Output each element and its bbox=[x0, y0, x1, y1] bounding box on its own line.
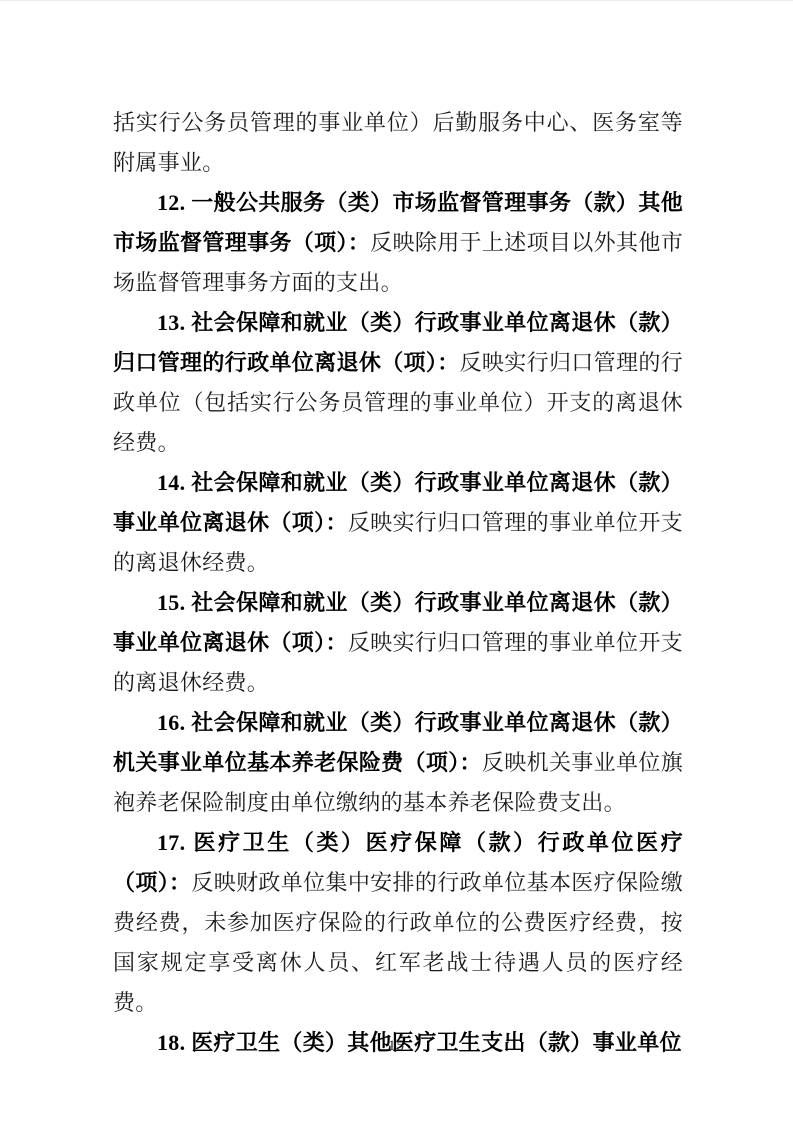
document-body: 括实行公务员管理的事业单位）后勤服务中心、医务室等附属事业。 12. 一般公共服… bbox=[113, 103, 683, 1063]
paragraph-item-13: 13. 社会保障和就业（类）行政事业单位离退休（款）归口管理的行政单位离退休（项… bbox=[113, 303, 683, 463]
paragraph-text: 括实行公务员管理的事业单位）后勤服务中心、医务室等附属事业。 bbox=[113, 110, 683, 175]
page-footer: 15 bbox=[0, 1037, 793, 1055]
paragraph-item-17: 17. 医疗卫生（类）医疗保障（款）行政单位医疗（项）：反映财政单位集中安排的行… bbox=[113, 823, 683, 1023]
paragraph-continuation: 括实行公务员管理的事业单位）后勤服务中心、医务室等附属事业。 bbox=[113, 103, 683, 183]
paragraph-item-15: 15. 社会保障和就业（类）行政事业单位离退休（款）事业单位离退休（项）：反映实… bbox=[113, 583, 683, 703]
item-17-description: 反映财政单位集中安排的行政单位基本医疗保险缴费经费，未参加医疗保险的行政单位的公… bbox=[113, 870, 683, 1015]
page-number: 15 bbox=[388, 1038, 405, 1054]
paragraph-item-16: 16. 社会保障和就业（类）行政事业单位离退休（款）机关事业单位基本养老保险费（… bbox=[113, 703, 683, 823]
paragraph-item-14: 14. 社会保障和就业（类）行政事业单位离退休（款）事业单位离退休（项）：反映实… bbox=[113, 463, 683, 583]
paragraph-item-12: 12. 一般公共服务（类）市场监督管理事务（款）其他市场监督管理事务（项）：反映… bbox=[113, 183, 683, 303]
document-page: 括实行公务员管理的事业单位）后勤服务中心、医务室等附属事业。 12. 一般公共服… bbox=[0, 0, 793, 1122]
